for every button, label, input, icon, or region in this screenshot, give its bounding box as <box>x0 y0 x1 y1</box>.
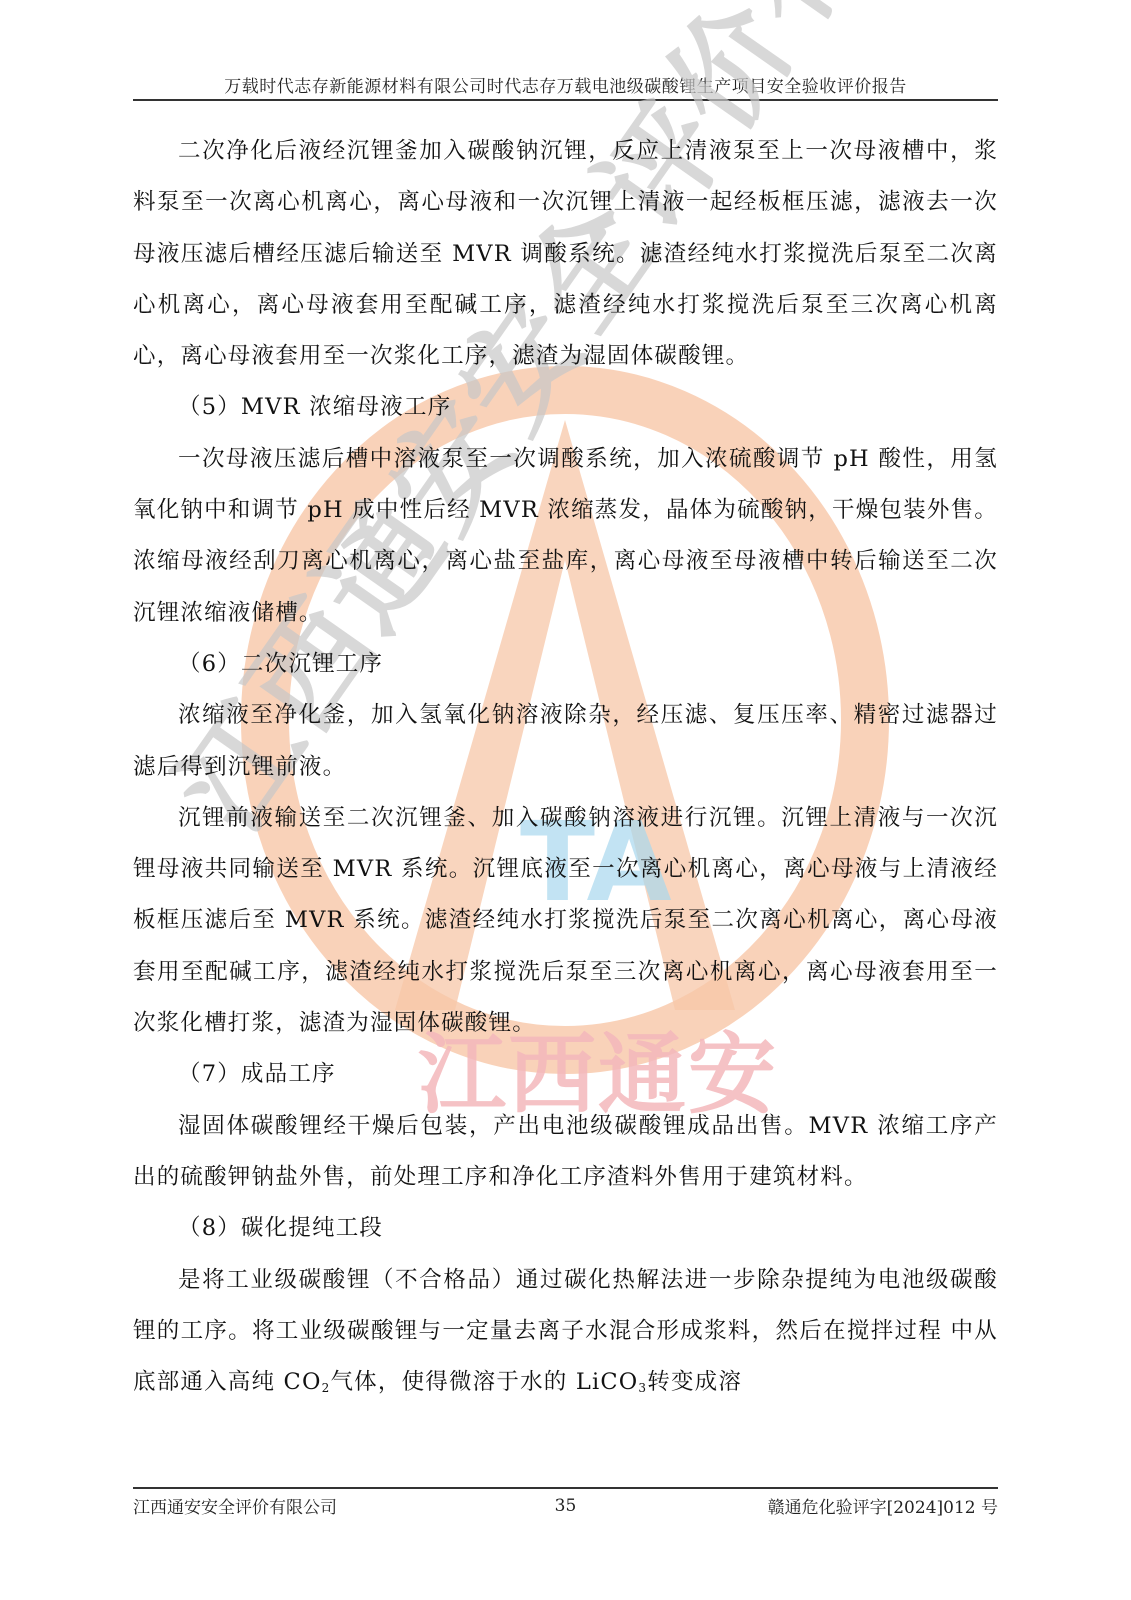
page-header: 万载时代志存新能源材料有限公司时代志存万载电池级碳酸锂生产项目安全验收评价报告 <box>133 72 998 97</box>
page-number: 35 <box>555 1496 577 1516</box>
footer-divider <box>133 1487 998 1489</box>
section-heading-7: （7）成品工序 <box>133 1049 998 1100</box>
section-heading-6: （6）二次沉锂工序 <box>133 639 998 690</box>
paragraph: 一次母液压滤后槽中溶液泵至一次调酸系统，加入浓硫酸调节 pH 酸性，用氢氧化钠中… <box>133 434 998 639</box>
section-heading-8: （8）碳化提纯工段 <box>133 1203 998 1254</box>
paragraph: 浓缩液至净化釜，加入氢氧化钠溶液除杂，经压滤、复压压率、精密过滤器过滤后得到沉锂… <box>133 690 998 793</box>
paragraph-text-end: 转变成溶 <box>647 1369 742 1395</box>
paragraph: 湿固体碳酸锂经干燥后包装，产出电池级碳酸锂成品出售。MVR 浓缩工序产出的硫酸钾… <box>133 1101 998 1204</box>
footer-doc-number: 赣通危化验评字[2024]012 号 <box>768 1493 998 1518</box>
paragraph: 二次净化后液经沉锂釜加入碳酸钠沉锂，反应上清液泵至上一次母液槽中，浆料泵至一次离… <box>133 126 998 382</box>
footer-company: 江西通安安全评价有限公司 <box>133 1493 337 1518</box>
paragraph-text-mid: 气体，使得微溶于水的 LiCO <box>330 1369 638 1395</box>
paragraph-carbonization: 是将工业级碳酸锂（不合格品）通过碳化热解法进一步除杂提纯为电池级碳酸锂的工序。将… <box>133 1255 998 1415</box>
section-heading-5: （5）MVR 浓缩母液工序 <box>133 382 998 433</box>
header-divider <box>133 99 998 101</box>
body-text: 二次净化后液经沉锂釜加入碳酸钠沉锂，反应上清液泵至上一次母液槽中，浆料泵至一次离… <box>133 126 998 1414</box>
page-footer: 江西通安安全评价有限公司 35 赣通危化验评字[2024]012 号 <box>133 1493 998 1518</box>
lico3-subscript: 3 <box>638 1381 647 1395</box>
paragraph: 沉锂前液输送至二次沉锂釜、加入碳酸钠溶液进行沉锂。沉锂上清液与一次沉锂母液共同输… <box>133 793 998 1049</box>
